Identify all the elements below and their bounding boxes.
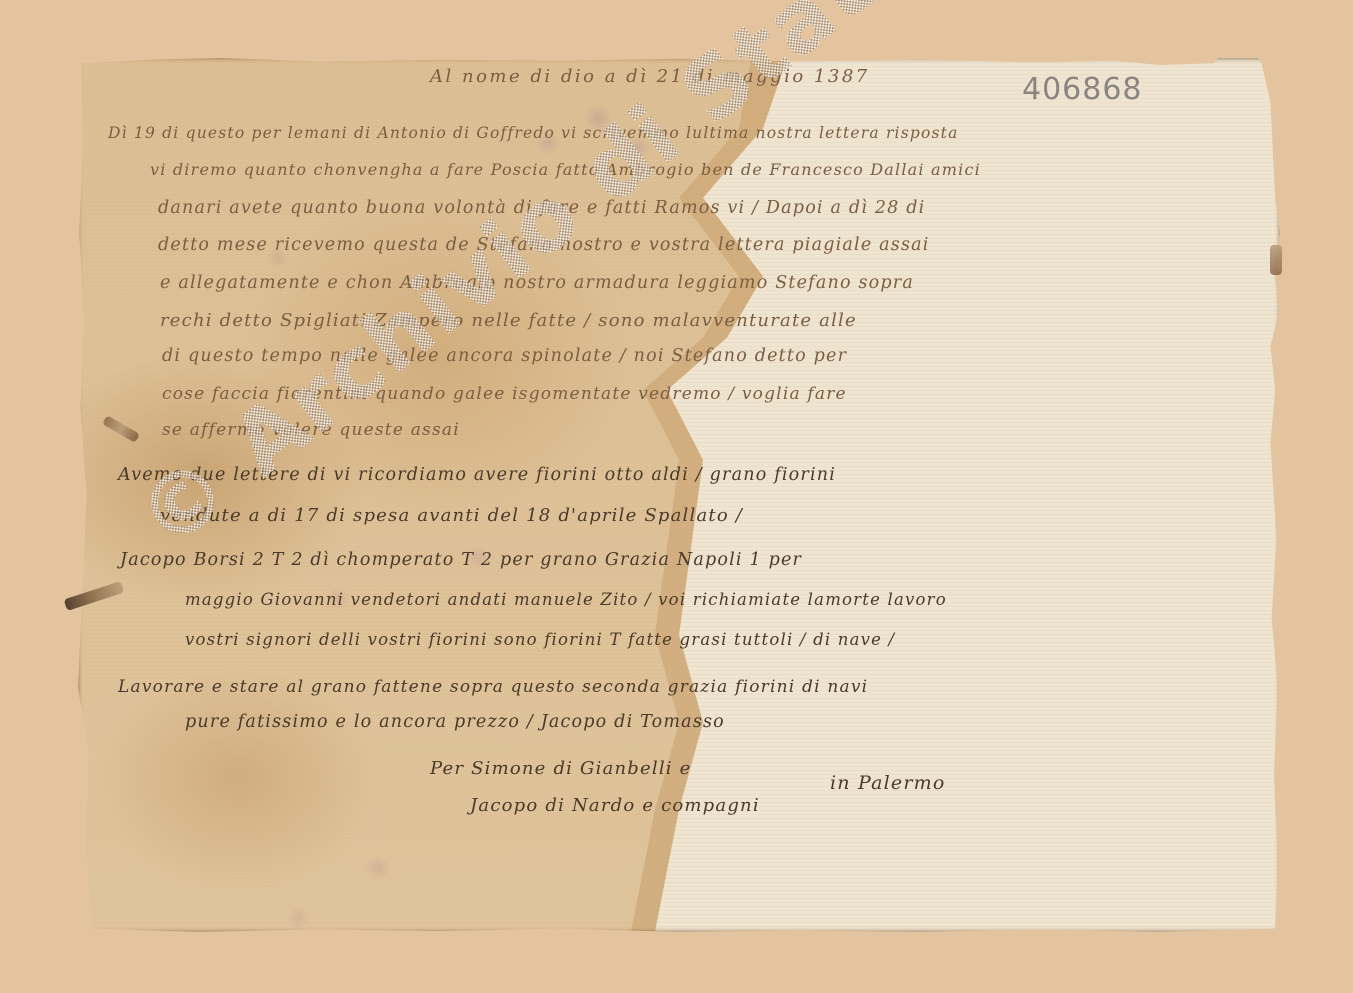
letter-line-7: di questo tempo nelle galee ancora spino… [162, 346, 847, 366]
letter-line-9: se affermo volere queste assai [162, 420, 460, 440]
archive-number: 406868 [1022, 72, 1143, 107]
letter-line-13: maggio Giovanni vendetori andati manuele… [185, 590, 947, 609]
letter-line-4: detto mese ricevemo questa de Stefano no… [158, 235, 930, 255]
binding-thread-right [1270, 245, 1282, 275]
letter-line-6: rechi detto Spigliati Zampero nelle fatt… [160, 310, 857, 331]
address-place: in Palermo [830, 772, 945, 794]
letter-line-14: vostri signori delli vostri fiorini sono… [185, 630, 895, 649]
letter-line-3: danari avete quanto buona volontà di far… [158, 198, 925, 218]
letter-line-15: Lavorare e stare al grano fattene sopra … [118, 677, 868, 697]
letter-line-11: vendute a di 17 di spesa avanti del 18 d… [160, 505, 743, 526]
letter-line-5: e allegatamente e chon Ambrogio nostro a… [160, 273, 914, 293]
letter-line-1: Dì 19 di questo per lemani di Antonio di… [108, 124, 959, 142]
letter-line-12: Jacopo Borsi 2 T 2 dì chomperato T 2 per… [120, 550, 802, 570]
letter-line-8: cose faccia fiorentini quando galee isgo… [162, 384, 847, 404]
letter-line-10: Avemo due lettere di vi ricordiamo avere… [118, 465, 836, 485]
address-line-1: Per Simone di Gianbelli e [430, 758, 692, 779]
address-line-2: Jacopo di Nardo e compagni [470, 795, 760, 816]
date-heading: Al nome di dio a dì 21 di maggio 1387 [430, 66, 870, 87]
letter-line-2: vi diremo quanto chonvengha a fare Posci… [150, 160, 981, 179]
letter-line-16: pure fatissimo e lo ancora prezzo / Jaco… [185, 712, 725, 732]
